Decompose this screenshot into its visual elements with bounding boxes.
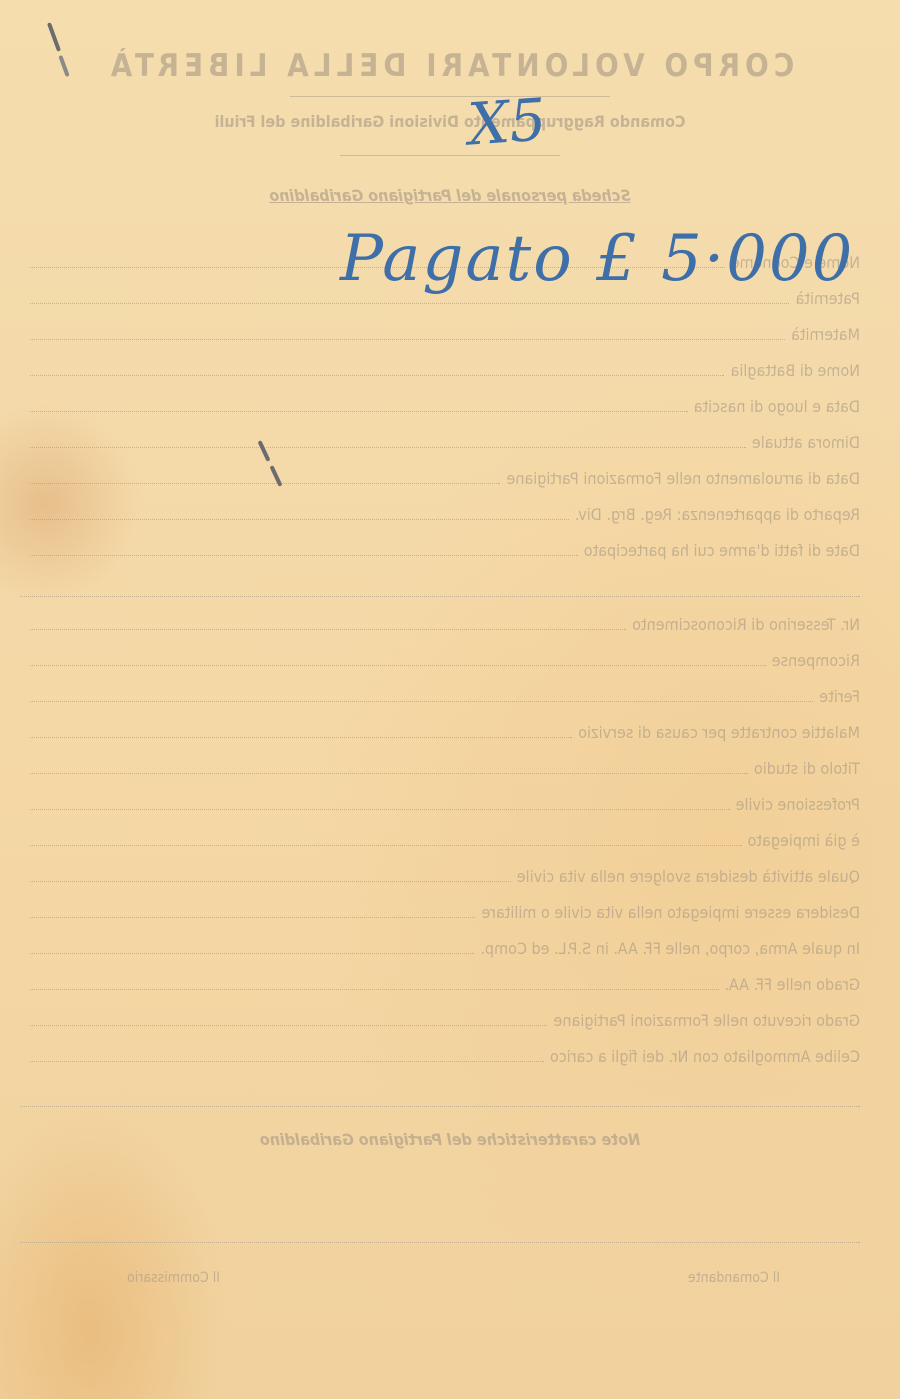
signature-label-right: Il Comandante — [688, 1270, 780, 1286]
dotted-line — [20, 1242, 860, 1243]
printed-section-title: Scheda personale del Partigiano Garibald… — [0, 186, 900, 205]
field-row: Data e luogo di nascita — [30, 392, 860, 416]
field-row: Grado ricevuto nelle Formazioni Partigia… — [30, 1006, 860, 1030]
dotted-line — [20, 1106, 860, 1107]
handwritten-payment-note: Pagato £ 5·000 — [340, 222, 854, 296]
field-row: Malattie contratte per causa di servizio — [30, 718, 860, 742]
field-row: Ferite — [30, 682, 860, 706]
field-row: è già impiegato — [30, 826, 860, 850]
field-row: Nome di Battaglia — [30, 356, 860, 380]
document-page: CORPO VOLONTARI DELLA LIBERTÀ Comando Ra… — [0, 0, 900, 1399]
field-row: Ricompense — [30, 646, 860, 670]
field-row: Maternità — [30, 320, 860, 344]
printed-title: CORPO VOLONTARI DELLA LIBERTÀ — [0, 48, 900, 84]
field-row: Quale attività desidera svolgere nella v… — [30, 862, 860, 886]
field-row: In quale Arma, corpo, nelle FF. AA. in S… — [30, 934, 860, 958]
field-row: Date di fatti d'arme cui ha partecipato — [30, 536, 860, 560]
field-row: Data di arruolamento nelle Formazioni Pa… — [30, 464, 860, 488]
field-row: Titolo di studio — [30, 754, 860, 778]
dotted-line — [20, 596, 860, 597]
field-row: Nr. Tesserino di Riconoscimento — [30, 610, 860, 634]
field-row: Desidera essere impiegato nella vita civ… — [30, 898, 860, 922]
show-through-print: CORPO VOLONTARI DELLA LIBERTÀ Comando Ra… — [0, 0, 900, 1399]
printed-subtitle: Comando Raggruppamento Divisioni Garibal… — [0, 112, 900, 131]
field-row: Dimora attuale — [30, 428, 860, 452]
notes-heading: Note caratteristiche del Partigiano Gari… — [0, 1130, 900, 1149]
field-row: Celibe Ammogliato con Nr. dei figli a ca… — [30, 1042, 860, 1066]
field-row: Grado nelle FF. AA. — [30, 970, 860, 994]
handwritten-mark: X5 — [466, 85, 549, 158]
signature-label-left: Il Commissario — [127, 1270, 220, 1286]
divider — [290, 96, 610, 97]
field-row: Reparto di appartenenza: Reg. Brg. Div. — [30, 500, 860, 524]
divider — [340, 155, 560, 156]
field-row: Professione civile — [30, 790, 860, 814]
